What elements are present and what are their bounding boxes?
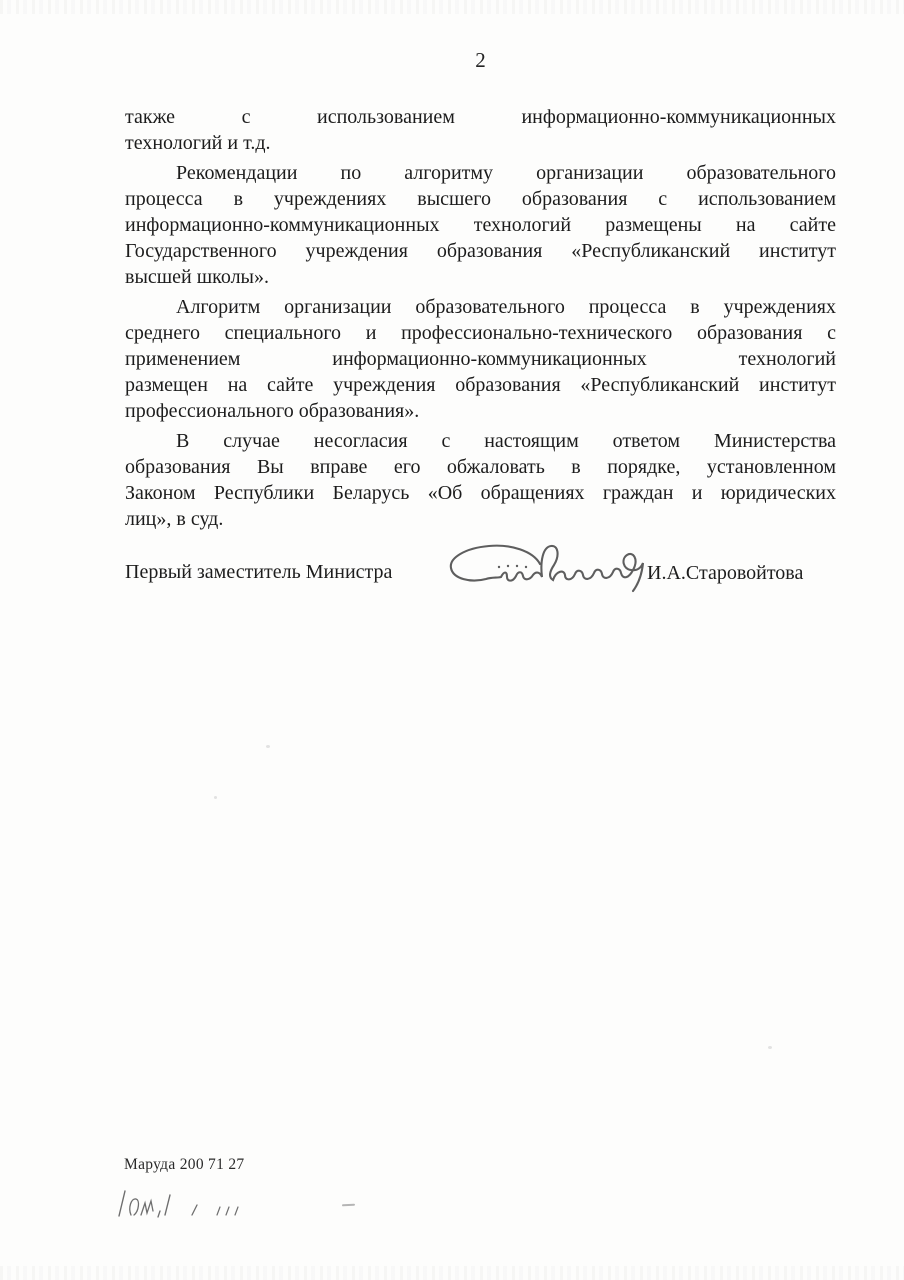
scan-noise-bottom — [0, 1266, 904, 1280]
page-number: 2 — [125, 48, 836, 73]
handwritten-signature-icon — [443, 541, 655, 605]
paragraph: В случае несогласия с настоящим ответом … — [125, 428, 836, 532]
text-line: размещен на сайте учреждения образования… — [125, 372, 836, 398]
paragraph: также с использованием информационно-ком… — [125, 104, 836, 156]
text-line: среднего специального и профессионально-… — [125, 320, 836, 346]
text-line: профессионального образования». — [125, 398, 836, 424]
signer-name: И.А.Старовойтова — [647, 562, 803, 585]
text-line: также с использованием информационно-ком… — [125, 104, 836, 130]
executor-contact: Маруда 200 71 27 — [124, 1156, 244, 1174]
text-line: Рекомендации по алгоритму организации об… — [125, 160, 836, 186]
text-line: информационно-коммуникационных технологи… — [125, 212, 836, 238]
letter-body: также с использованием информационно-ком… — [125, 104, 836, 532]
scan-speck — [214, 796, 217, 799]
text-line: Законом Республики Беларусь «Об обращени… — [125, 480, 836, 506]
text-line: применением информационно-коммуникационн… — [125, 346, 836, 372]
text-line: процесса в учреждениях высшего образован… — [125, 186, 836, 212]
paragraph: Рекомендации по алгоритму организации об… — [125, 160, 836, 290]
text-line: Государственного учреждения образования … — [125, 238, 836, 264]
text-line: высшей школы». — [125, 264, 836, 290]
paragraph: Алгоритм организации образовательного пр… — [125, 294, 836, 424]
signer-title: Первый заместитель Министра — [125, 561, 392, 584]
text-line: лиц», в суд. — [125, 506, 836, 532]
text-line: Алгоритм организации образовательного пр… — [125, 294, 836, 320]
handwritten-pen-marks-icon — [114, 1186, 264, 1224]
scan-noise-top — [0, 0, 904, 14]
text-line: В случае несогласия с настоящим ответом … — [125, 428, 836, 454]
scan-speck — [266, 745, 270, 748]
scanned-document-page: 2 также с использованием информационно-к… — [0, 0, 904, 1280]
text-line: технологий и т.д. — [125, 130, 836, 156]
text-line: образования Вы вправе его обжаловать в п… — [125, 454, 836, 480]
scan-speck — [768, 1046, 772, 1049]
stray-pen-dash — [342, 1204, 355, 1207]
